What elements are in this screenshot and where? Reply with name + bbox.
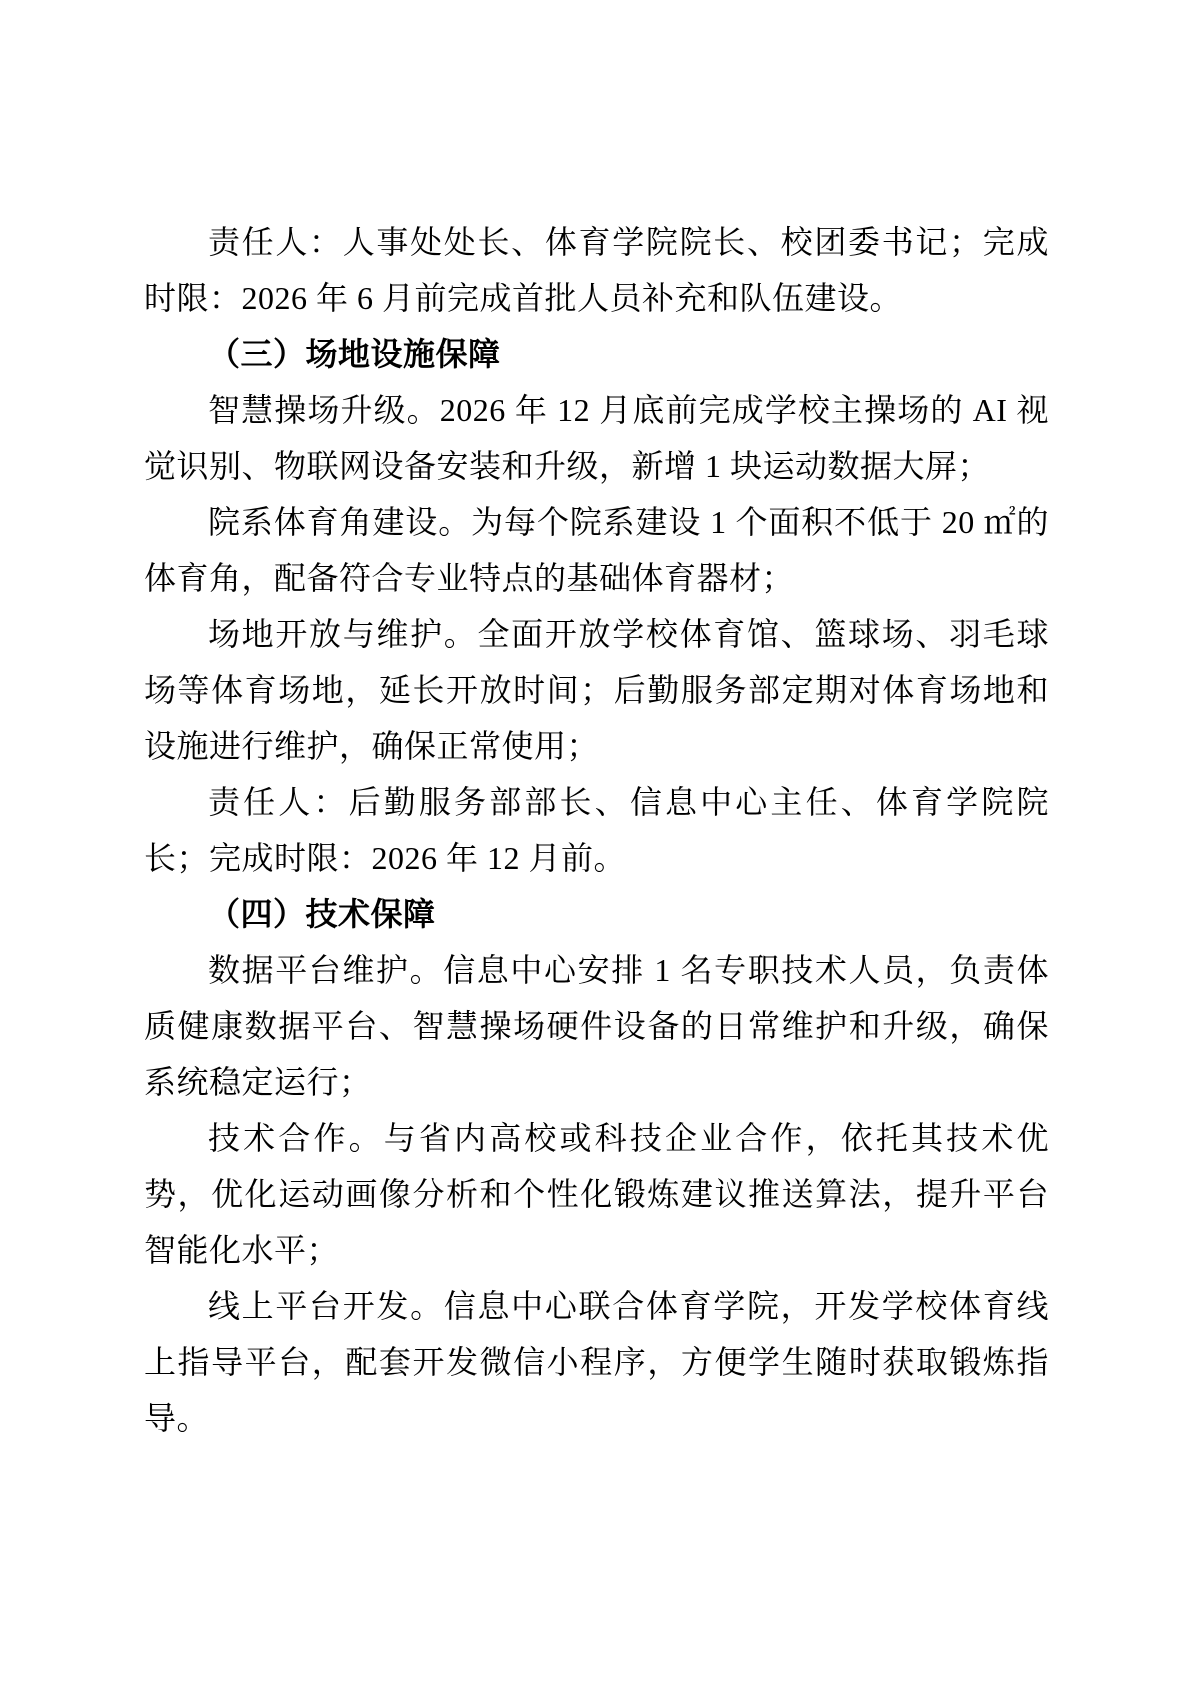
paragraph-responsible-logistics: 责任人：后勤服务部部长、信息中心主任、体育学院院长；完成时限：2026 年 12… (144, 774, 1049, 886)
section-heading-technical-support: （四）技术保障 (144, 886, 1049, 942)
paragraph-venue-opening-maintenance: 场地开放与维护。全面开放学校体育馆、篮球场、羽毛球场等体育场地，延长开放时间；后… (144, 606, 1049, 774)
document-page: 责任人：人事处处长、体育学院院长、校团委书记；完成时限：2026 年 6 月前完… (0, 0, 1191, 1684)
paragraph-department-sports-corner: 院系体育角建设。为每个院系建设 1 个面积不低于 20 ㎡的体育角，配备符合专业… (144, 494, 1049, 606)
document-body: 责任人：人事处处长、体育学院院长、校团委书记；完成时限：2026 年 6 月前完… (144, 214, 1049, 1446)
paragraph-online-platform-development: 线上平台开发。信息中心联合体育学院，开发学校体育线上指导平台，配套开发微信小程序… (144, 1278, 1049, 1446)
paragraph-data-platform-maintenance: 数据平台维护。信息中心安排 1 名专职技术人员，负责体质健康数据平台、智慧操场硬… (144, 942, 1049, 1110)
paragraph-technical-cooperation: 技术合作。与省内高校或科技企业合作，依托其技术优势，优化运动画像分析和个性化锻炼… (144, 1110, 1049, 1278)
section-heading-venue-facilities: （三）场地设施保障 (144, 326, 1049, 382)
paragraph-responsible-hr: 责任人：人事处处长、体育学院院长、校团委书记；完成时限：2026 年 6 月前完… (144, 214, 1049, 326)
paragraph-smart-playground-upgrade: 智慧操场升级。2026 年 12 月底前完成学校主操场的 AI 视觉识别、物联网… (144, 382, 1049, 494)
